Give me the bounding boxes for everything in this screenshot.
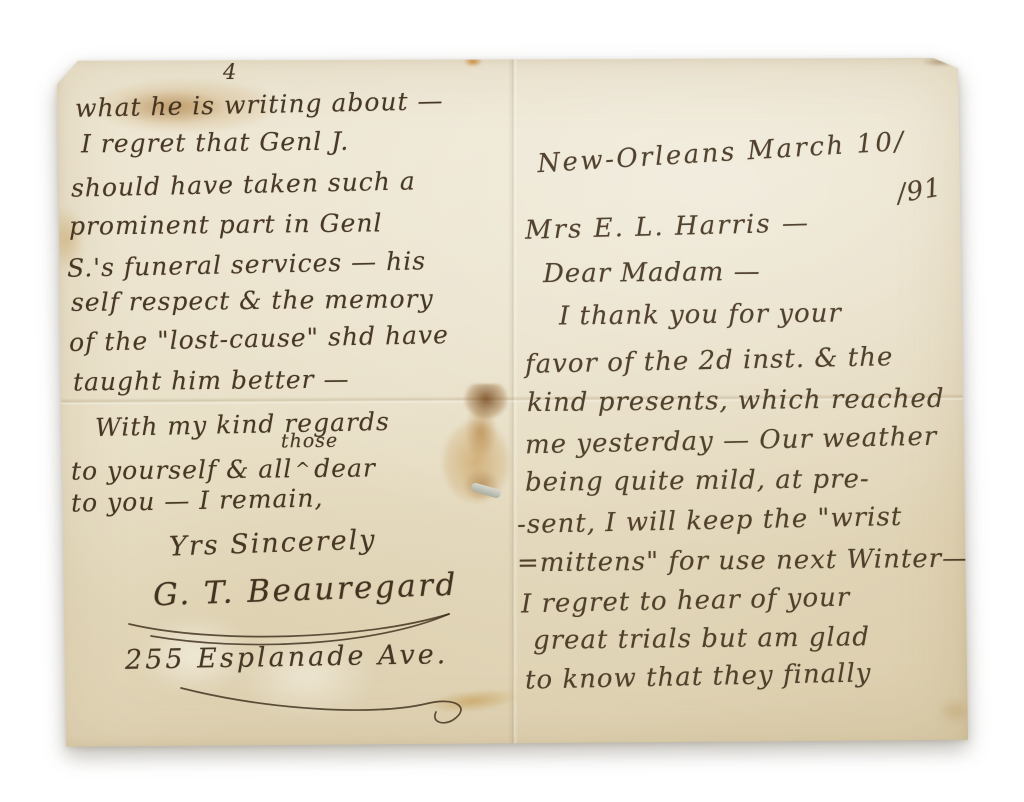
handwritten-line: what he is writing about — <box>75 86 444 123</box>
sender-address: 255 Esplanade Ave. <box>125 639 449 676</box>
handwritten-line: should have taken such a <box>71 166 416 202</box>
handwritten-line: of the "lost-cause" shd have <box>69 320 449 357</box>
closing-line: Yrs Sincerely <box>169 524 378 562</box>
handwritten-line: S.'s funeral services — his <box>67 246 427 283</box>
handwritten-line: I regret to hear of your <box>521 583 851 620</box>
handwritten-line: I thank you for your <box>559 299 842 332</box>
insertion-after-text: dear <box>314 453 376 483</box>
handwritten-line: taught him better — <box>73 365 350 397</box>
handwritten-line: favor of the 2d inst. & the <box>525 342 894 380</box>
paper-shadow: 4 what he is writing about — I regret th… <box>0 0 1024 802</box>
dateline-year: /91 <box>895 173 944 210</box>
handwritten-line-with-insertion: to yourself & all^thosedear <box>71 446 376 485</box>
handwritten-line: With my kind regards <box>95 407 390 442</box>
address-flourish <box>173 678 478 732</box>
handwritten-line: being quite mild, at pre- <box>525 464 870 498</box>
salutation-line: Dear Madam — <box>543 257 761 289</box>
insertion-point: ^those <box>297 447 309 477</box>
handwritten-line: to know that they finally <box>525 658 872 695</box>
inserted-word: those <box>281 430 339 453</box>
handwritten-line: I regret that Genl J. <box>81 127 349 159</box>
handwritten-line: -sent, I will keep the "wrist <box>517 502 903 540</box>
letter-sheet: 4 what he is writing about — I regret th… <box>57 58 968 748</box>
handwritten-line: great trials but am glad <box>533 622 870 656</box>
handwritten-line: me yesterday — Our weather <box>525 422 938 461</box>
handwritten-line: =mittens" for use next Winter— <box>517 544 969 579</box>
handwritten-line: to you — I remain, <box>71 483 324 517</box>
dateline: New-Orleans March 10/ <box>536 127 906 179</box>
insertion-before-text: to yourself & all <box>71 454 292 485</box>
handwritten-line: prominent part in Genl <box>69 208 383 240</box>
caret-mark: ^ <box>295 459 311 480</box>
photo-background: 4 what he is writing about — I regret th… <box>0 0 1024 802</box>
page-number: 4 <box>223 60 237 84</box>
handwritten-line: self respect & the memory <box>71 284 434 317</box>
signature: G. T. Beauregard <box>152 567 458 614</box>
page-right: New-Orleans March 10/ /91 Mrs E. L. Harr… <box>513 58 968 748</box>
handwritten-line: kind presents, which reached <box>527 384 945 418</box>
page-left: 4 what he is writing about — I regret th… <box>57 58 513 748</box>
recipient-line: Mrs E. L. Harris — <box>525 208 811 245</box>
